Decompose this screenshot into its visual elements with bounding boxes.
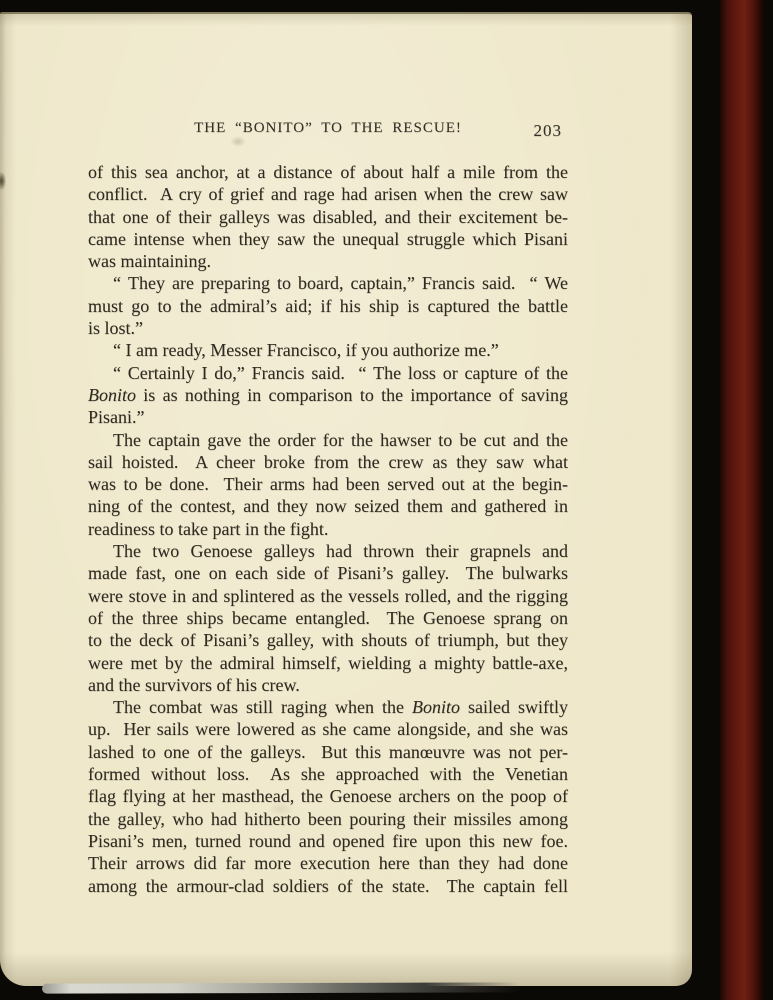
text-line: to the deck of Pisani’s galley, with sho…: [88, 629, 568, 651]
paragraph: “ They are preparing to board, captain,”…: [88, 272, 568, 339]
text-line: among the armour-clad soldiers of the st…: [88, 875, 568, 897]
paragraph: “ Certainly I do,” Francis said. “ The l…: [88, 362, 568, 429]
text-line: The captain gave the order for the hawse…: [88, 429, 568, 451]
text-line: Bonito is as nothing in comparison to th…: [88, 384, 568, 406]
text-block: THE “BONITO” TO THE RESCUE! 203 of this …: [88, 120, 568, 897]
paragraph: of this sea anchor, at a distance of abo…: [88, 161, 568, 272]
text-line: is lost.”: [88, 317, 568, 339]
text-line: and the survivors of his crew.: [88, 674, 568, 696]
scanner-cradle-bar: [42, 982, 520, 993]
text-line: Pisani’s men, turned round and opened fi…: [88, 830, 568, 852]
text-line: conflict. A cry of grief and rage had ar…: [88, 183, 568, 205]
paragraph: The combat was still raging when the Bon…: [88, 696, 568, 897]
body-text: of this sea anchor, at a distance of abo…: [88, 161, 568, 897]
text-line: were met by the admiral himself, wieldin…: [88, 652, 568, 674]
book-page: THE “BONITO” TO THE RESCUE! 203 of this …: [0, 12, 692, 986]
text-line: “ Certainly I do,” Francis said. “ The l…: [88, 362, 568, 384]
text-line: the galley, who had hitherto been pourin…: [88, 808, 568, 830]
text-line: that one of their galleys was disabled, …: [88, 206, 568, 228]
text-line: was to be done. Their arms had been serv…: [88, 473, 568, 495]
paragraph: The captain gave the order for the hawse…: [88, 429, 568, 540]
running-title: THE “BONITO” TO THE RESCUE!: [88, 120, 568, 137]
text-line: came intense when they saw the unequal s…: [88, 228, 568, 250]
text-line: Pisani.”: [88, 406, 568, 428]
text-line: readiness to take part in the fight.: [88, 518, 568, 540]
paragraph: The two Genoese galleys had thrown their…: [88, 540, 568, 696]
text-line: formed without loss. As she approached w…: [88, 763, 568, 785]
text-line: was maintaining.: [88, 250, 568, 272]
page-number: 203: [534, 121, 563, 141]
text-line: flag flying at her masthead, the Genoese…: [88, 785, 568, 807]
text-line: “ They are preparing to board, captain,”…: [88, 272, 568, 294]
text-line: up. Her sails were lowered as she came a…: [88, 718, 568, 740]
page-edge-notch: [0, 172, 6, 190]
text-line: of the three ships became entangled. The…: [88, 607, 568, 629]
page-stack-fore-edge: [686, 10, 734, 988]
text-line: “ I am ready, Messer Francisco, if you a…: [88, 339, 568, 361]
text-line: must go to the admiral’s aid; if his shi…: [88, 295, 568, 317]
text-line: ning of the contest, and they now seized…: [88, 495, 568, 517]
text-line: lashed to one of the galleys. But this m…: [88, 741, 568, 763]
text-line: sail hoisted. A cheer broke from the cre…: [88, 451, 568, 473]
page-header: THE “BONITO” TO THE RESCUE! 203: [88, 120, 568, 146]
paragraph: “ I am ready, Messer Francisco, if you a…: [88, 339, 568, 361]
text-line: The combat was still raging when the Bon…: [88, 696, 568, 718]
text-line: of this sea anchor, at a distance of abo…: [88, 161, 568, 183]
text-line: were stove in and splintered as the vess…: [88, 585, 568, 607]
text-line: Their arrows did far more execution here…: [88, 852, 568, 874]
text-line: made fast, one on each side of Pisani’s …: [88, 562, 568, 584]
text-line: The two Genoese galleys had thrown their…: [88, 540, 568, 562]
book-scan-photo: THE “BONITO” TO THE RESCUE! 203 of this …: [0, 0, 773, 1000]
